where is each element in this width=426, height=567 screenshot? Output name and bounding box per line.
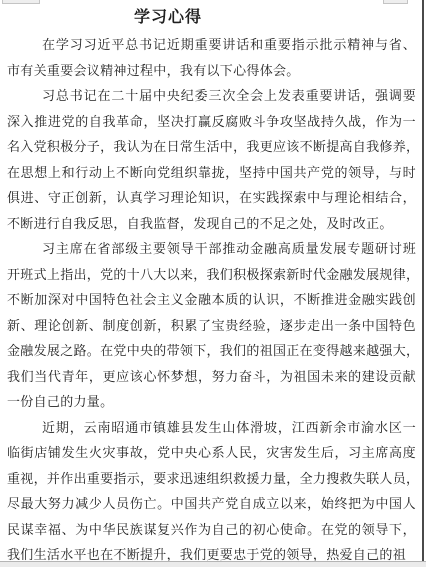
text-line: 一份自己的力量。 xyxy=(7,389,416,415)
document-body: 在学习习近平总书记近期重要讲话和重要指示批示精神与省、市有关重要会议精神过程中，… xyxy=(7,32,416,567)
text-line: 临街店铺发生火灾事故，党中央心系人民，灾害发生后，习主席高度 xyxy=(7,440,416,466)
text-line: 习总书记在二十届中央纪委三次全会上发表重要讲话，强调要 xyxy=(7,83,416,109)
text-line: 深入推进党的自我革命，坚决打赢反腐败斗争攻坚战持久战，作为一 xyxy=(7,109,416,135)
text-line: 不断加深对中国特色社会主义金融本质的认识，不断推进金融实践创 xyxy=(7,287,416,313)
text-line: 重视，并作出重要指示，要求迅速组织救援力量，全力搜救失联人员， xyxy=(7,466,416,492)
document-content: 学习心得 在学习习近平总书记近期重要讲话和重要指示批示精神与省、市有关重要会议精… xyxy=(0,0,426,567)
text-line: 俱进、守正创新，认真学习理论知识，在实践探索中与理论相结合， xyxy=(7,185,416,211)
text-line: 民谋幸福、为中华民族谋复兴作为自己的初心使命。在党的领导下， xyxy=(7,517,416,543)
window-bottom-edge xyxy=(0,561,426,567)
text-line: 名入党积极分子，我认为在日常生活中，我更应该不断提高自我修养， xyxy=(7,134,416,160)
text-line: 在学习习近平总书记近期重要讲话和重要指示批示精神与省、 xyxy=(7,32,416,58)
text-line: 近期，云南昭通市镇雄县发生山体滑坡，江西新余市渝水区一 xyxy=(7,415,416,441)
document-title: 学习心得 xyxy=(7,5,416,31)
text-line: 新、理论创新、制度创新，积累了宝贵经验，逐步走出一条中国特色 xyxy=(7,313,416,339)
text-line: 市有关重要会议精神过程中，我有以下心得体会。 xyxy=(7,58,416,84)
document-page: 学习心得 在学习习近平总书记近期重要讲话和重要指示批示精神与省、市有关重要会议精… xyxy=(0,0,426,567)
text-line: 习主席在省部级主要领导干部推动金融高质量发展专题研讨班 xyxy=(7,236,416,262)
text-line: 尽最大努力减少人员伤亡。中国共产党自成立以来，始终把为中国人 xyxy=(7,491,416,517)
text-line: 我们当代青年，更应该心怀梦想，努力奋斗，为祖国未来的建设贡献 xyxy=(7,364,416,390)
text-line: 开班式上指出，党的十八大以来，我们积极探索新时代金融发展规律， xyxy=(7,262,416,288)
text-line: 在思想上和行动上不断向党组织靠拢，坚持中国共产党的领导，与时 xyxy=(7,160,416,186)
text-line: 金融发展之路。在党中央的带领下，我们的祖国正在变得越来越强大， xyxy=(7,338,416,364)
text-line: 不断进行自我反思，自我监督，发现自己的不足之处，及时改正。 xyxy=(7,211,416,237)
